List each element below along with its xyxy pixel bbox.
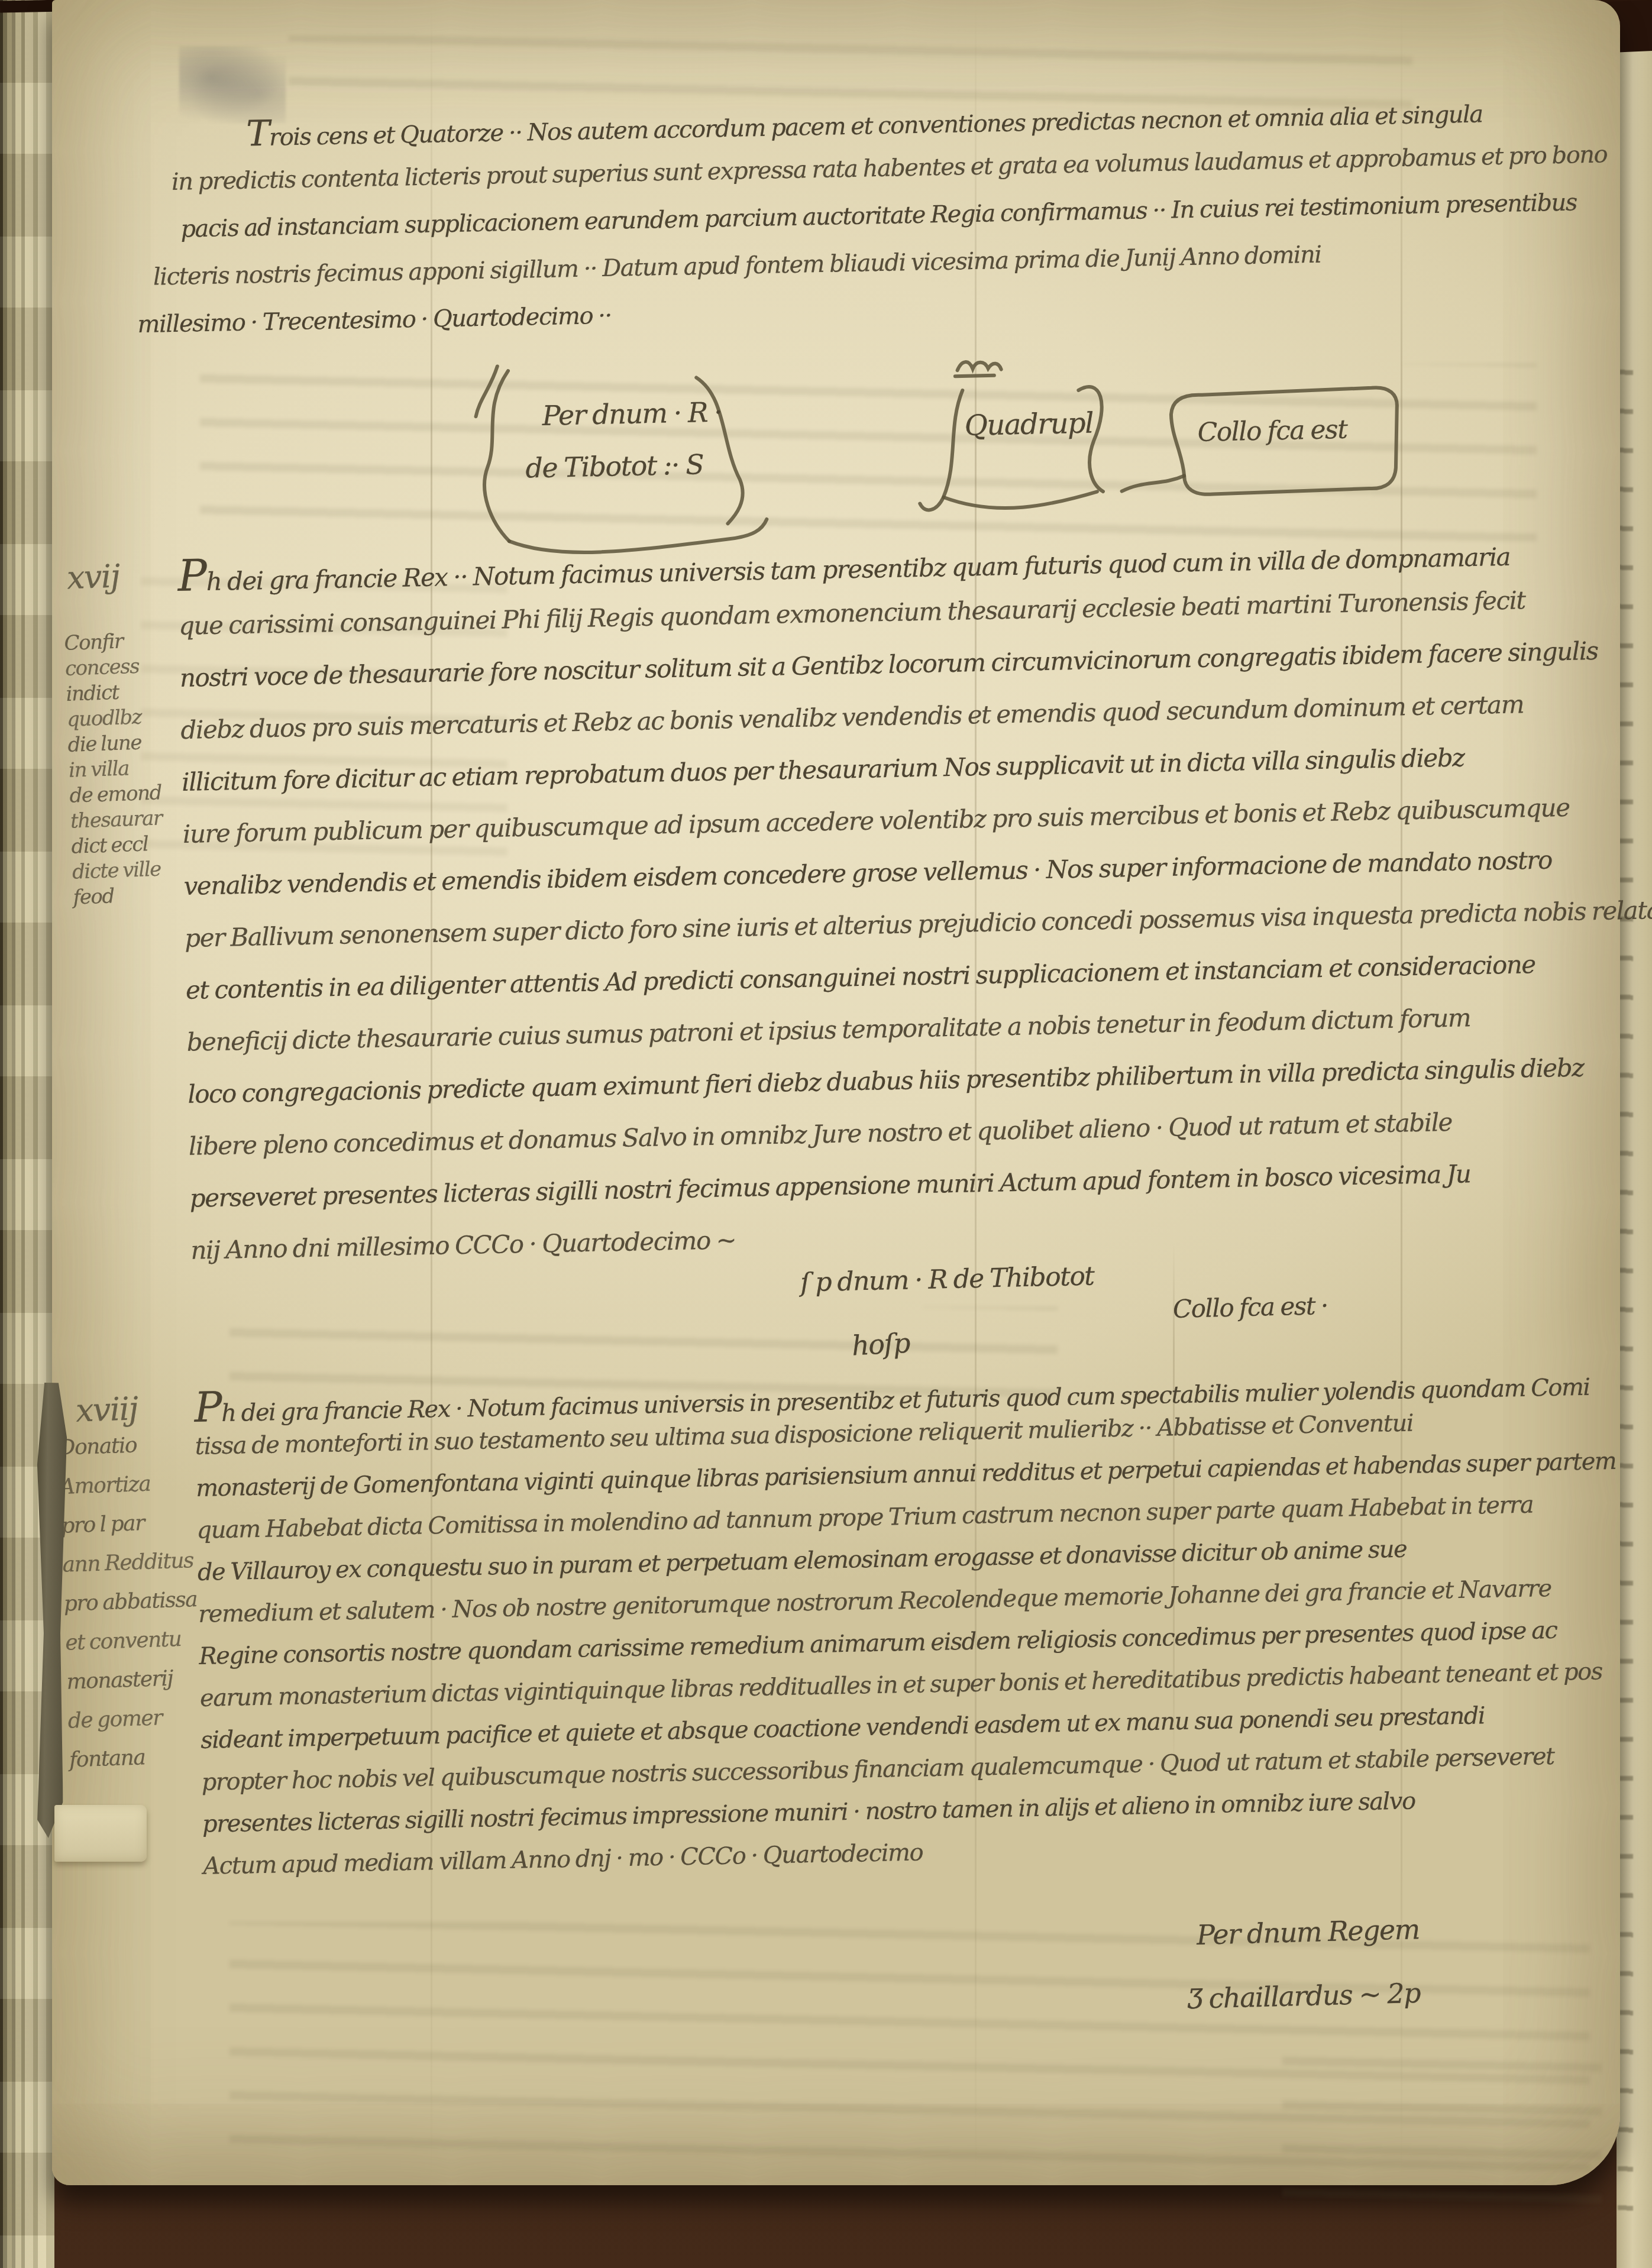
signer-name: de Tibotot :· S — [525, 448, 704, 484]
margin-note: ann Redditus — [62, 1548, 217, 1592]
entry3-per-regem-signature: Per dnum Regem — [1196, 1913, 1420, 1951]
vellum-tab — [54, 1805, 147, 1862]
folio-number-smudge — [179, 46, 286, 123]
duplicate-label: Quadrupl — [964, 406, 1094, 442]
margin-note: monasterij — [66, 1665, 221, 1709]
entry2-per-dominum-signature: ſ p dnum · R de Thibotot — [800, 1261, 1094, 1298]
entry2-item-number: xvij — [66, 557, 120, 596]
margin-note: pro l par — [61, 1509, 216, 1553]
manuscript-photo: Trois cens et Quatorze ·· Nos autem acco… — [0, 0, 1652, 2268]
collation-label: Collo fca est — [1197, 415, 1347, 448]
entry2-clerk-note: hoſp — [851, 1326, 910, 1361]
bleed-through-text — [1282, 2028, 1602, 2224]
entry2-collation-note: Collo fca est · — [1172, 1291, 1328, 1324]
margin-note: de gomer — [67, 1704, 222, 1748]
margin-note: Donatio — [58, 1431, 213, 1475]
chancery-note-duplicate: Quadrupl — [905, 351, 1133, 522]
entry3-clerk-signature: Ʒ chaillardus ~ 2p — [1187, 1977, 1420, 2015]
margin-note: pro abbatissa — [63, 1587, 218, 1631]
entry2-lines: Ph dei gra francie Rex ·· Notum facimus … — [177, 533, 1569, 1288]
margin-note: et conventu — [65, 1626, 220, 1670]
chancery-signature-per-dominum: Per dnum · R · de Tibotot :· S — [471, 361, 777, 551]
parchment-page: Trois cens et Quatorze ·· Nos autem acco… — [52, 0, 1620, 2185]
per-dominum-label: Per dnum · R · — [542, 396, 722, 432]
entry3-lines: Ph dei gra francie Rex · Notum facimus u… — [194, 1364, 1582, 1895]
entry-2-charter-text: Ph dei gra francie Rex ·· Notum facimus … — [177, 533, 1569, 1288]
margin-note: Amortiza — [59, 1470, 214, 1514]
underlying-page-edge — [1617, 38, 1652, 2268]
book-gutter-page-edges — [0, 0, 54, 2268]
entry-1-confirmation-text: Trois cens et Quatorze ·· Nos autem acco… — [170, 95, 1547, 357]
entry-3-charter-text: Ph dei gra francie Rex · Notum facimus u… — [194, 1364, 1582, 1895]
entry3-item-number: xviij — [75, 1390, 138, 1429]
entry1-lines: Trois cens et Quatorze ·· Nos autem acco… — [170, 95, 1547, 357]
collation-stamp: Collo fca est — [1154, 379, 1411, 509]
